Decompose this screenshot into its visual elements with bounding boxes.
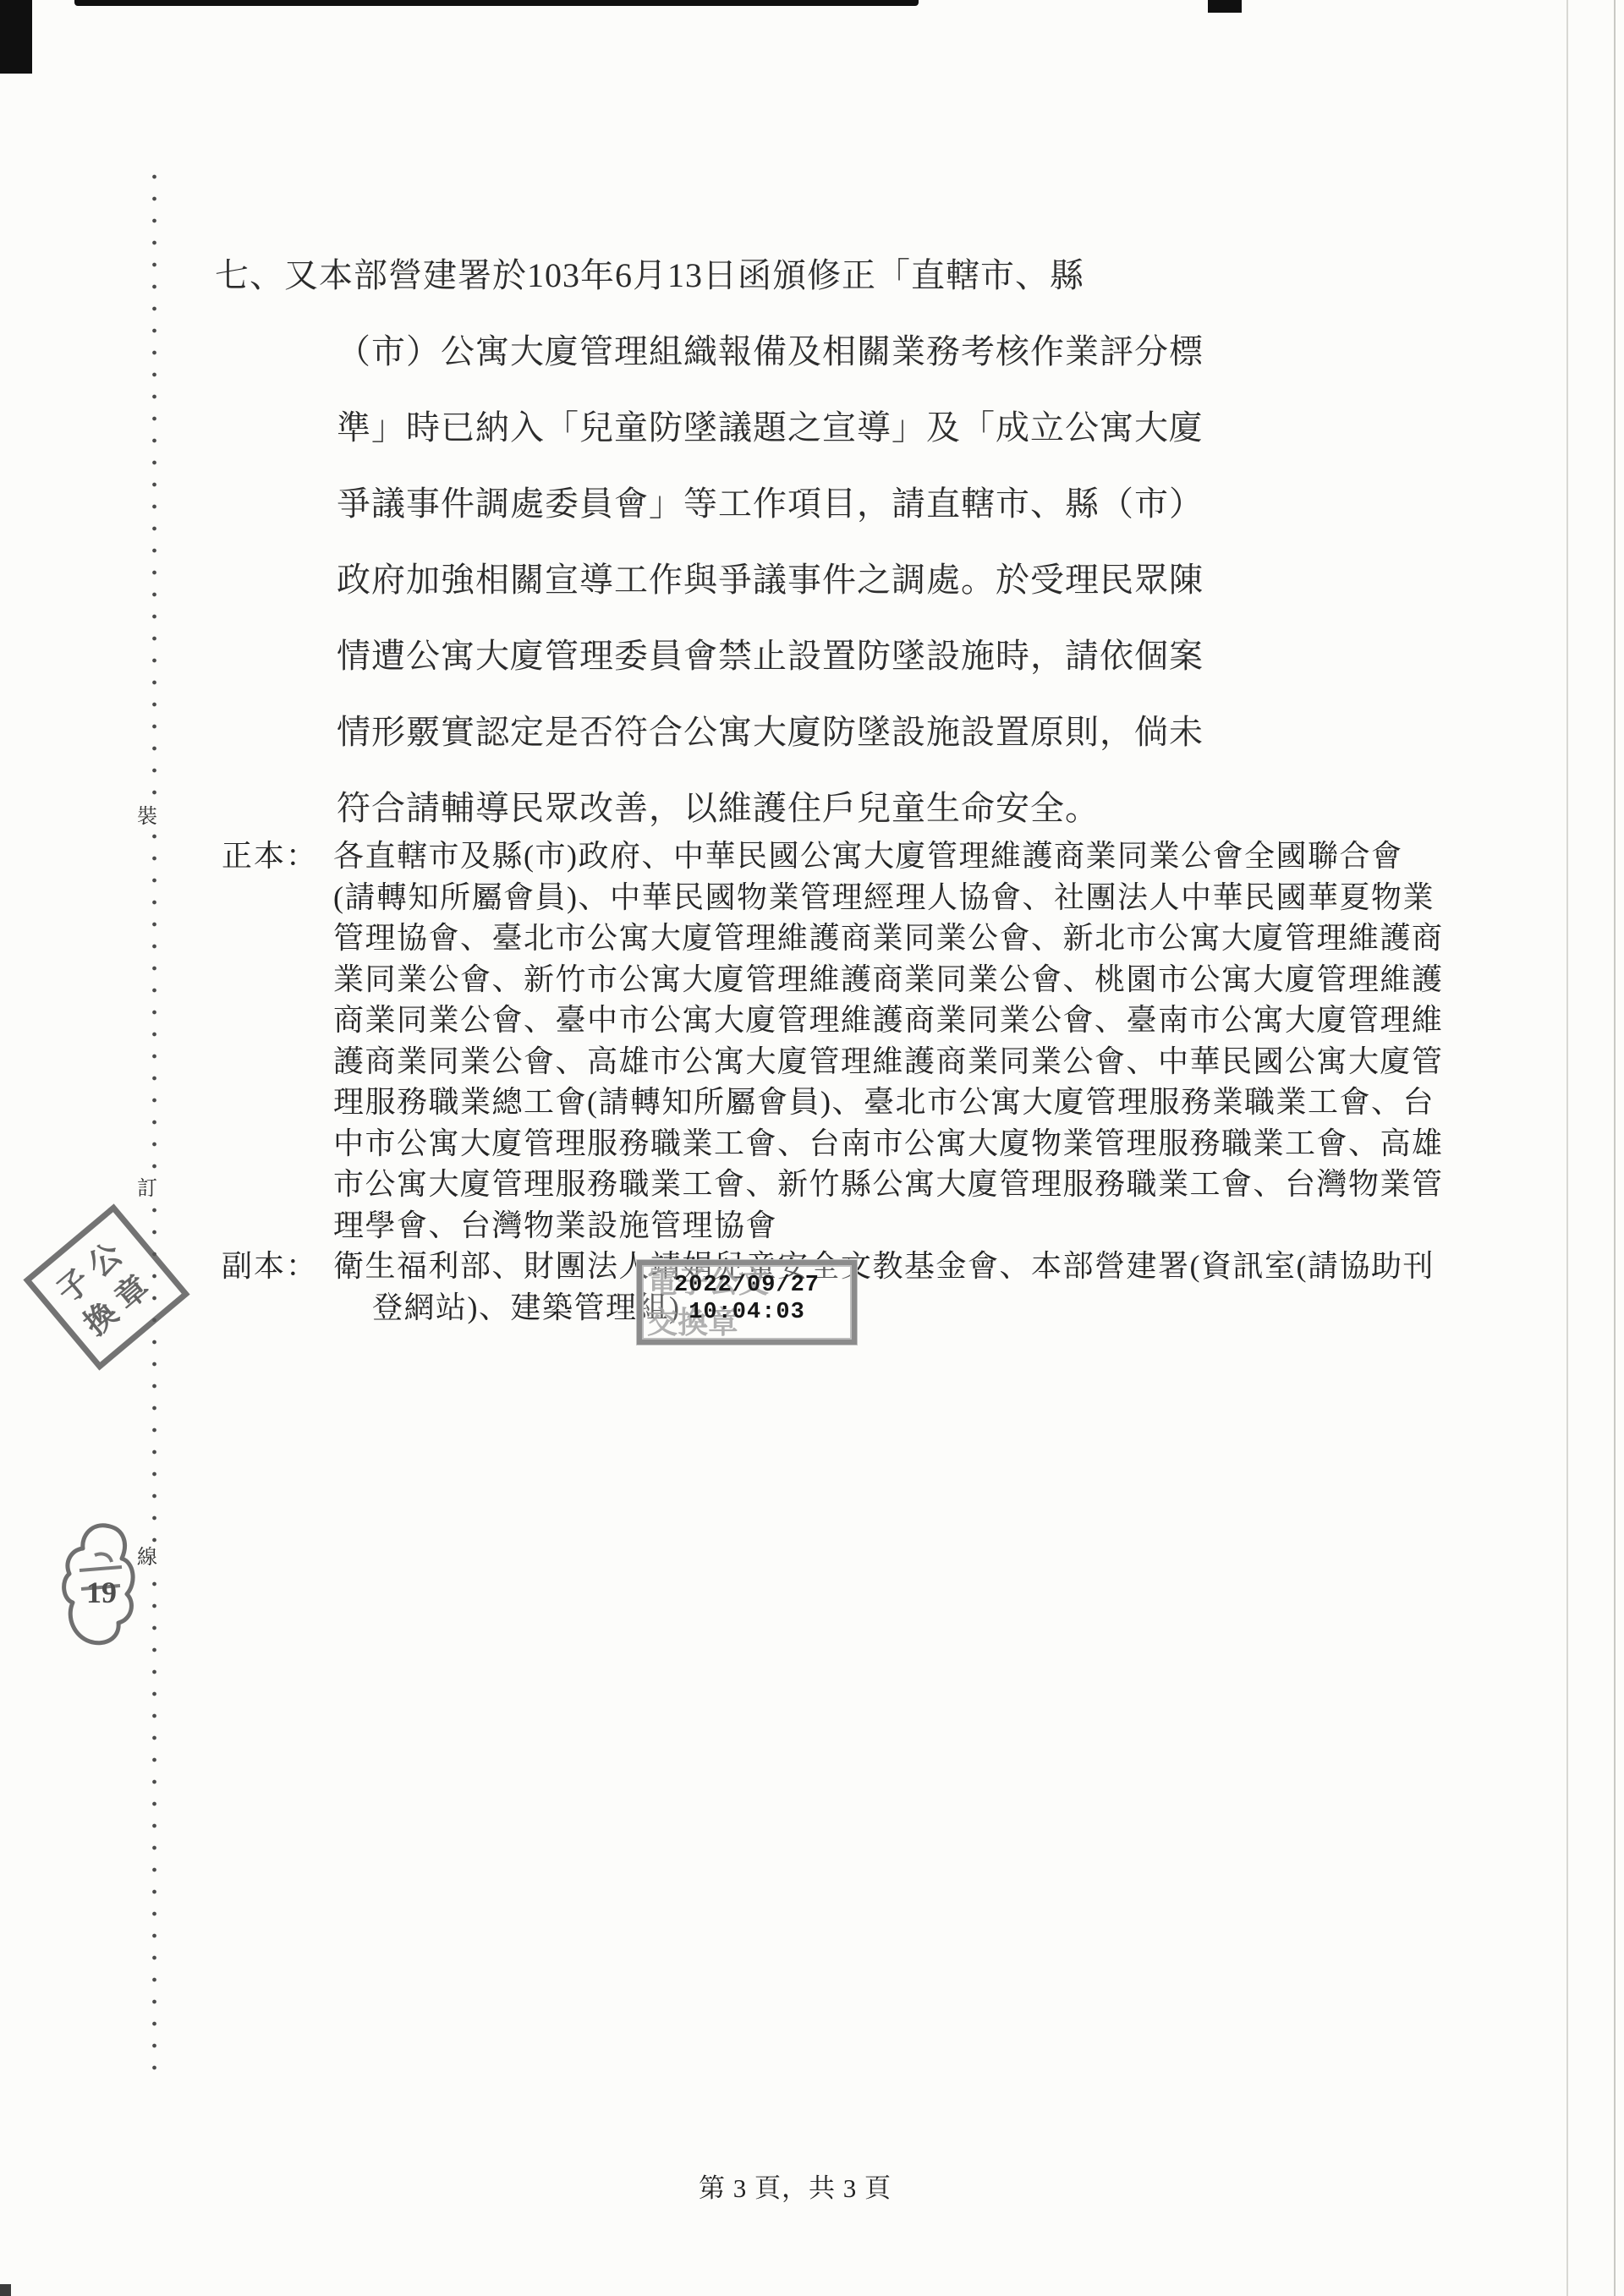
binding-mark-zhuang: 裝 [132,805,162,829]
paragraph-line: 政府加強相關宣導工作與爭議事件之調處。於受理民眾陳 [337,542,1204,618]
paragraph-line: 七、又本部營建署於103年6月13日函頒修正「直轄市、縣 [215,238,1204,314]
page-number-footer: 第 3 頁，共 3 頁 [0,2167,1590,2205]
original-recipients-row: 正本： 各直轄市及縣(市)政府、中華民國公寓大廈管理維護商業同業公會全國聯合會 … [222,836,1444,1246]
exchange-stamp-datetime: 2022/09/27 10:04:03 [642,1272,852,1326]
paragraph-line: （市）公寓大廈管理組織報備及相關業務考核作業評分標 [337,314,1204,390]
recipient-line: 各直轄市及縣(市)政府、中華民國公寓大廈管理維護商業同業公會全國聯合會 [333,836,1444,877]
original-recipients-lines: 各直轄市及縣(市)政府、中華民國公寓大廈管理維護商業同業公會全國聯合會 (請轉知… [333,836,1444,1246]
exchange-stamp-date: 2022/09/27 [642,1272,852,1299]
partial-stamp-chars: 子公換章 [47,1228,167,1347]
smudge-stamp: 19 [58,1518,145,1655]
scan-artifact-bottom-nub [0,2284,11,2296]
main-paragraph: 七、又本部營建署於103年6月13日函頒修正「直轄市、縣 （市）公寓大廈管理組織… [215,238,1204,847]
recipient-line: 衛生福利部、財團法人靖娟兒童安全文教基金會、本部營建署(資訊室(請協助刊 [333,1246,1435,1287]
smudge-stamp-number: 19 [86,1575,117,1609]
partial-exchange-stamp: 子公換章 [23,1203,189,1370]
copy-recipients-label: 副本： [222,1246,333,1287]
paragraph-line: 爭議事件調處委員會」等工作項目，請直轄市、縣（市） [337,466,1204,542]
scan-artifact-corner [0,0,32,74]
recipient-line: 業同業公會、新竹市公寓大廈管理維護商業同業公會、桃園市公寓大廈管理維護 [333,959,1444,1000]
recipient-line: 護商業同業公會、高雄市公寓大廈管理維護商業同業公會、中華民國公寓大廈管 [333,1041,1444,1082]
copy-recipients-lines: 衛生福利部、財團法人靖娟兒童安全文教基金會、本部營建署(資訊室(請協助刊 登網站… [333,1246,1435,1328]
recipients-section: 正本： 各直轄市及縣(市)政府、中華民國公寓大廈管理維護商業同業公會全國聯合會 … [222,836,1444,1328]
recipient-line: 理學會、台灣物業設施管理協會 [333,1205,1444,1247]
paragraph-line: 情形覈實認定是否符合公寓大廈防墜設施設置原則，倘未 [337,694,1204,770]
electronic-exchange-stamp: 電子公文 交換章 2022/09/27 10:04:03 [637,1260,857,1345]
scanned-document-page: 裝 訂 線 七、又本部營建署於103年6月13日函頒修正「直轄市、縣 （市）公寓… [0,0,1624,2296]
paragraph-line: 準」時已納入「兒童防墜議題之宣導」及「成立公寓大廈 [337,390,1204,466]
binding-mark-ding: 訂 [132,1177,162,1201]
recipient-line: 管理協會、臺北市公寓大廈管理維護商業同業公會、新北市公寓大廈管理維護商 [333,918,1444,959]
original-recipients-label: 正本： [222,836,333,877]
scan-artifact-top-dash [1208,0,1242,13]
binding-dotted-line [152,174,156,2077]
scan-artifact-top-line [74,0,919,6]
scan-line-vertical [1566,0,1568,2296]
exchange-stamp-time: 10:04:03 [642,1299,852,1326]
scan-line-right-edge [1614,0,1616,2296]
recipient-line: (請轉知所屬會員)、中華民國物業管理經理人協會、社團法人中華民國華夏物業 [333,877,1444,918]
recipient-line: 商業同業公會、臺中市公寓大廈管理維護商業同業公會、臺南市公寓大廈管理維 [333,1000,1444,1041]
recipient-line: 理服務職業總工會(請轉知所屬會員)、臺北市公寓大廈管理服務業職業工會、台 [333,1082,1444,1123]
recipient-line: 登網站)、建築管理組) [372,1287,1435,1329]
recipient-line: 中市公寓大廈管理服務職業工會、台南市公寓大廈物業管理服務職業工會、高雄 [333,1123,1444,1164]
recipient-line: 市公寓大廈管理服務職業工會、新竹縣公寓大廈管理服務職業工會、台灣物業管 [333,1164,1444,1205]
paragraph-line: 情遭公寓大廈管理委員會禁止設置防墜設施時，請依個案 [337,618,1204,694]
